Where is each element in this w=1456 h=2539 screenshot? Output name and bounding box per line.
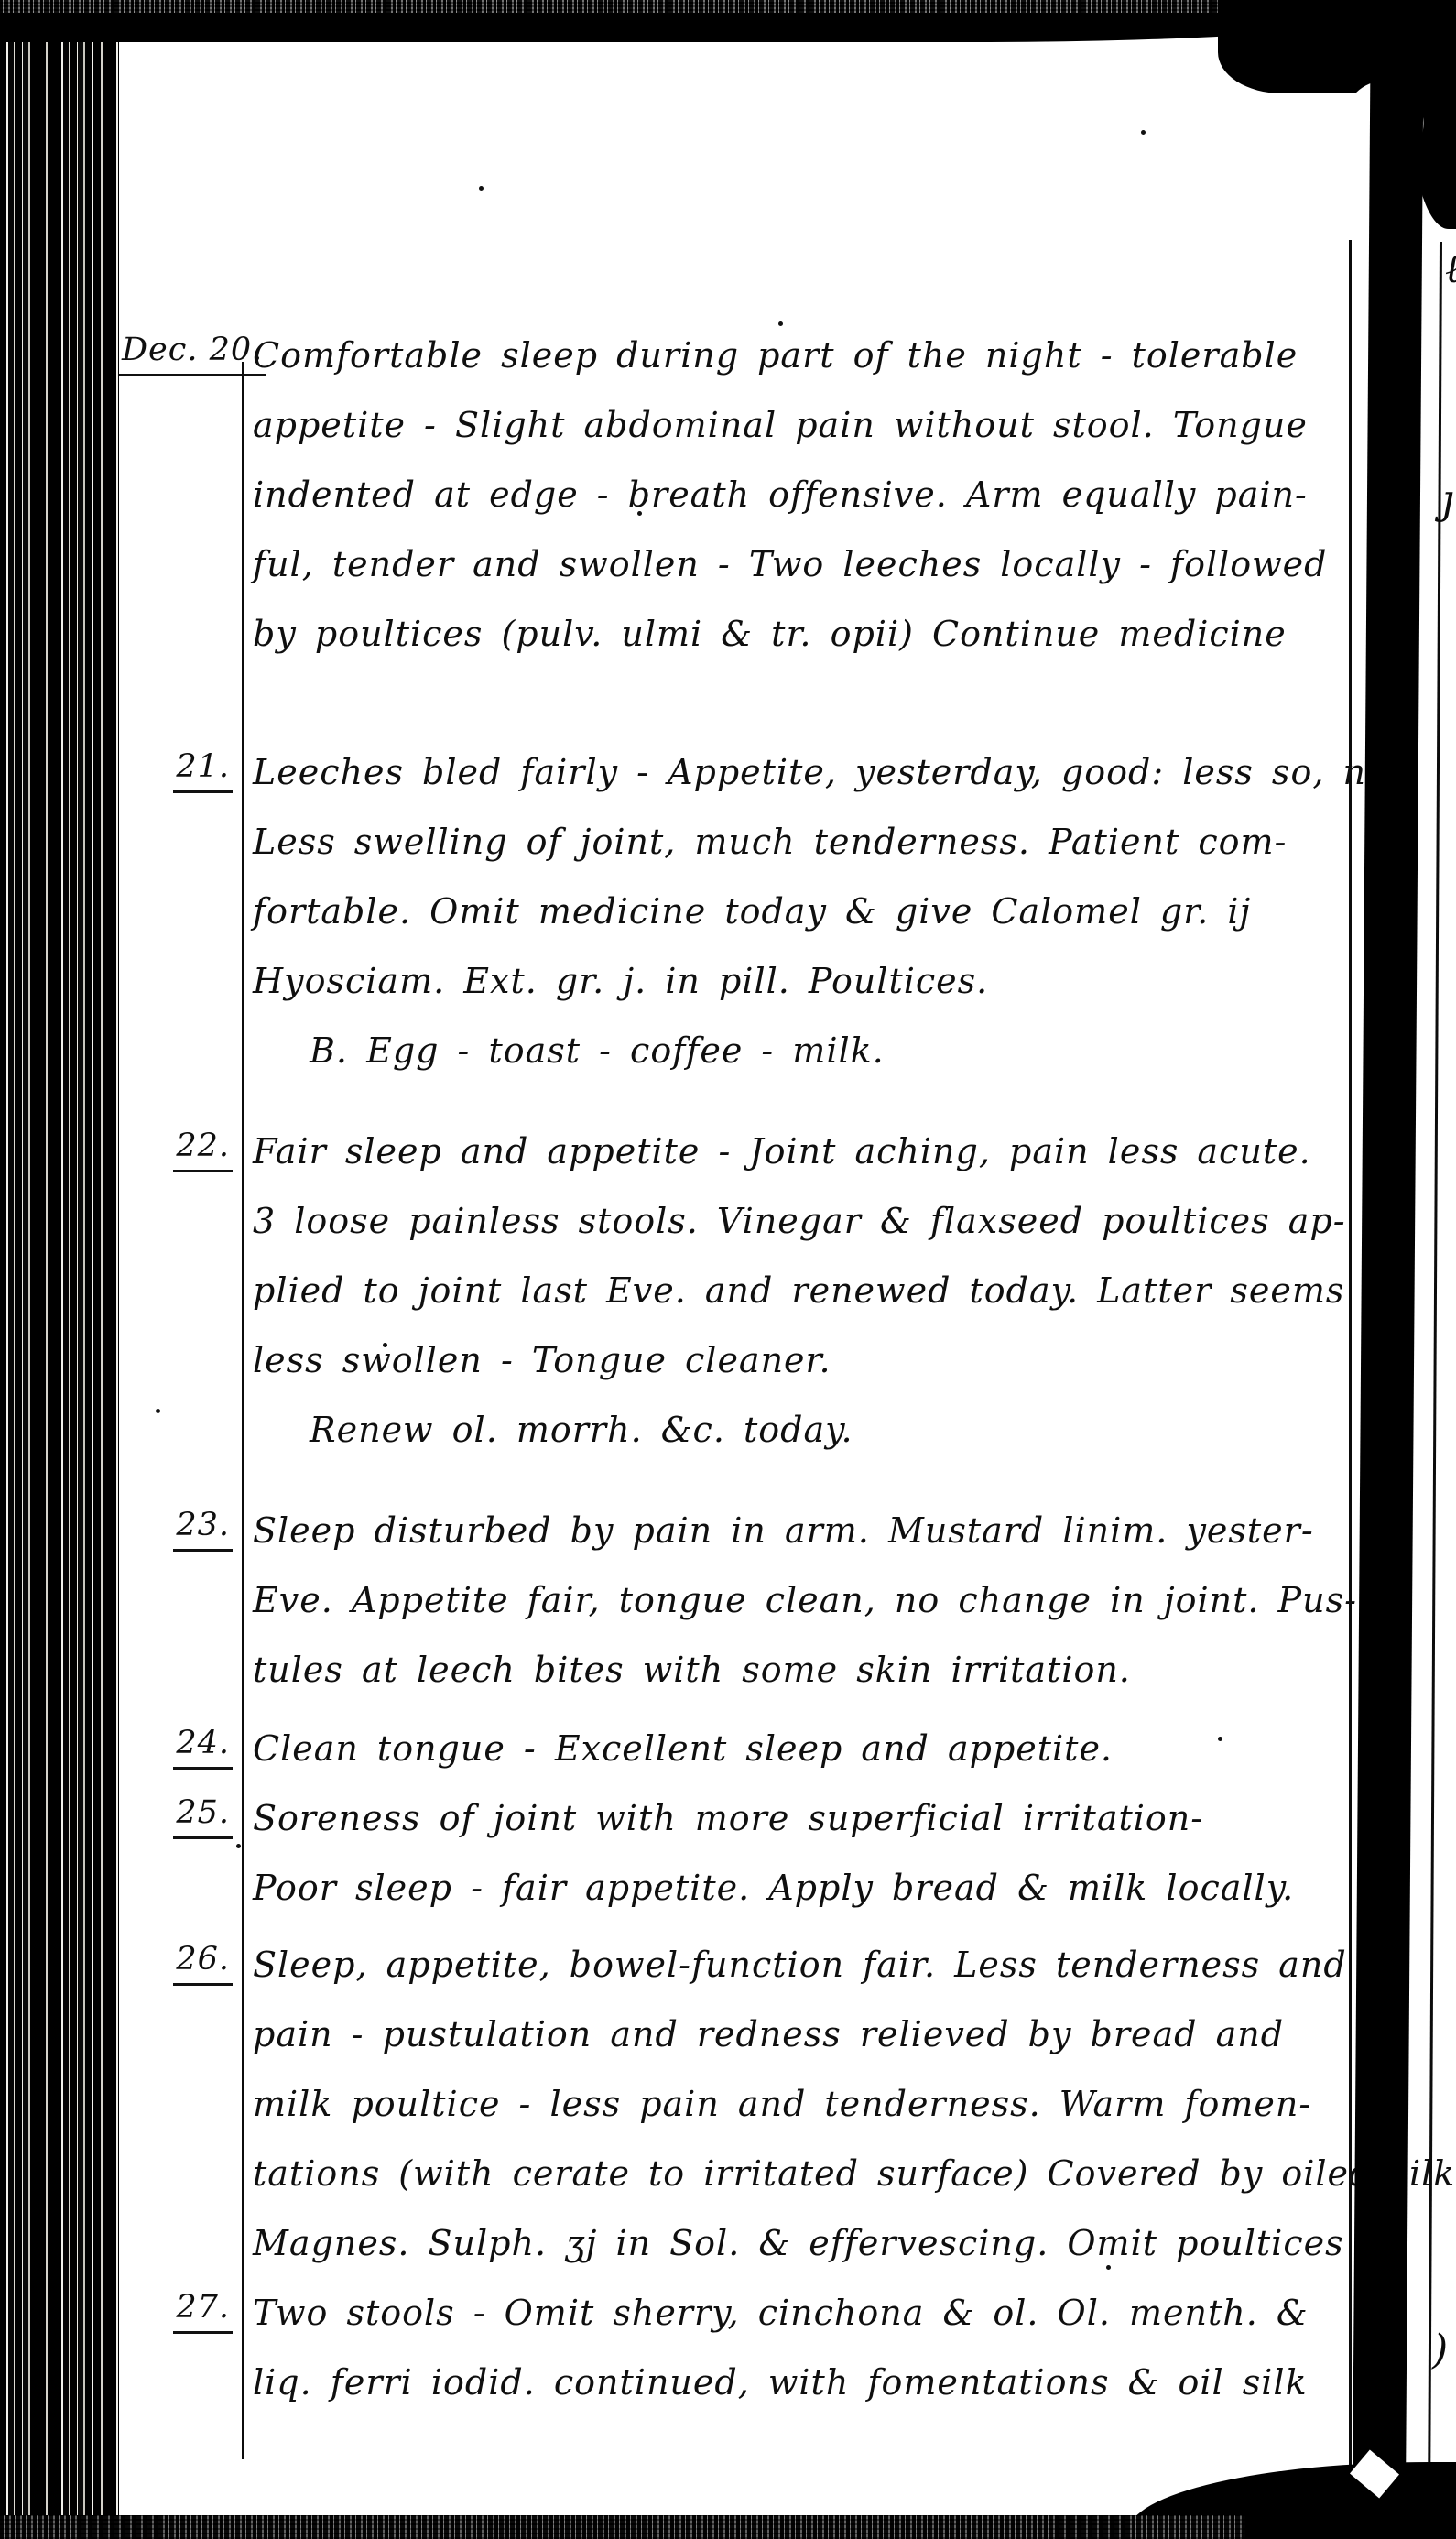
entry-date-column: Dec. 20.	[119, 321, 242, 376]
ink-speck	[637, 511, 642, 516]
entry-date-column: 25.	[119, 1783, 242, 1839]
entry-date-column: 21.	[119, 737, 242, 793]
scan-shadow-bottom	[1245, 2510, 1456, 2539]
entry-line: Renew ol. morrh. &c. today.	[310, 1395, 1364, 1465]
ink-speck	[479, 186, 484, 191]
entry-line: indented at edge - breath offensive. Arm…	[253, 460, 1364, 529]
ink-speck	[1106, 2265, 1111, 2270]
entry-line: by poultices (pulv. ulmi & tr. opii) Con…	[253, 599, 1364, 669]
entry-line: Less swelling of joint, much tenderness.…	[253, 807, 1364, 877]
journal-entry: 23. Sleep disturbed by pain in arm. Must…	[119, 1496, 1364, 1705]
entry-line: pain - pustulation and redness relieved …	[253, 2000, 1364, 2069]
entry-line: Two stools - Omit sherry, cinchona & ol.…	[253, 2278, 1364, 2348]
entry-date-column: 26.	[119, 1930, 242, 1986]
entry-line: Fair sleep and appetite - Joint aching, …	[253, 1117, 1364, 1186]
entry-line: Soreness of joint with more superficial …	[253, 1783, 1364, 1853]
entry-lines: Fair sleep and appetite - Joint aching, …	[242, 1117, 1364, 1465]
entry-date: 25.	[173, 1794, 233, 1839]
scanned-page: Dec. 20. Comfortable sleep during part o…	[0, 0, 1456, 2539]
entry-date: 26.	[173, 1941, 233, 1986]
ink-speck	[1218, 1737, 1222, 1741]
entry-date-column: 22.	[119, 1117, 242, 1172]
journal-entry: 26. Sleep, appetite, bowel-function fair…	[119, 1930, 1364, 2278]
next-page-fragment: )	[1432, 2327, 1448, 2373]
entry-line: Hyosciam. Ext. gr. j. in pill. Poultices…	[253, 946, 1364, 1016]
journal-entry: 22. Fair sleep and appetite - Joint achi…	[119, 1117, 1364, 1465]
entry-line: B. Egg - toast - coffee - milk.	[310, 1016, 1364, 1085]
entry-lines: Sleep disturbed by pain in arm. Mustard …	[242, 1496, 1364, 1705]
entry-line: tules at leech bites with some skin irri…	[253, 1635, 1364, 1705]
entry-line: plied to joint last Eve. and renewed tod…	[253, 1256, 1364, 1325]
entry-line: 3 loose painless stools. Vinegar & flaxs…	[253, 1186, 1364, 1256]
entry-line: fortable. Omit medicine today & give Cal…	[253, 877, 1364, 946]
entry-date-column: 27.	[119, 2278, 242, 2334]
entry-line: tations (with cerate to irritated surfac…	[253, 2139, 1364, 2208]
journal-entry: 21. Leeches bled fairly - Appetite, yest…	[119, 737, 1364, 1085]
book-binding-edge	[0, 0, 119, 2539]
ink-speck	[1141, 130, 1146, 135]
entry-line: appetite - Slight abdominal pain without…	[253, 390, 1364, 460]
entry-date: 24.	[173, 1725, 233, 1770]
ink-speck	[1029, 766, 1034, 770]
entry-line: Sleep, appetite, bowel-function fair. Le…	[253, 1930, 1364, 2000]
ink-speck	[778, 321, 783, 326]
next-page-fragment: ℓ	[1445, 245, 1456, 292]
entry-line: liq. ferri iodid. continued, with foment…	[253, 2348, 1364, 2417]
facing-page-margin-rule	[1428, 242, 1442, 2539]
entry-lines: Comfortable sleep during part of the nig…	[242, 321, 1364, 669]
entry-line: less swollen - Tongue cleaner.	[253, 1325, 1364, 1395]
entry-date: 23.	[173, 1507, 233, 1552]
entry-date-column: 24.	[119, 1714, 242, 1770]
ink-speck	[156, 1409, 160, 1413]
journal-entry: Dec. 20. Comfortable sleep during part o…	[119, 321, 1364, 669]
ink-speck	[236, 1844, 241, 1848]
entry-lines: Sleep, appetite, bowel-function fair. Le…	[242, 1930, 1364, 2278]
entry-lines: Leeches bled fairly - Appetite, yesterda…	[242, 737, 1364, 1085]
entry-line: Eve. Appetite fair, tongue clean, no cha…	[253, 1565, 1364, 1635]
entry-date-column: 23.	[119, 1496, 242, 1552]
journal-entries: Dec. 20. Comfortable sleep during part o…	[119, 321, 1364, 2417]
entry-line: Magnes. Sulph. ʒj in Sol. & effervescing…	[253, 2208, 1364, 2278]
scan-shadow-top	[0, 13, 1355, 42]
entry-lines: Clean tongue - Excellent sleep and appet…	[242, 1714, 1364, 1783]
entry-line: Clean tongue - Excellent sleep and appet…	[253, 1714, 1364, 1783]
entry-line: milk poultice - less pain and tenderness…	[253, 2069, 1364, 2139]
journal-entry: 24. Clean tongue - Excellent sleep and a…	[119, 1714, 1364, 1783]
entry-line: ful, tender and swollen - Two leeches lo…	[253, 529, 1364, 599]
journal-entry: 27. Two stools - Omit sherry, cinchona &…	[119, 2278, 1364, 2417]
entry-line: Leeches bled fairly - Appetite, yesterda…	[253, 737, 1364, 807]
entry-lines: Soreness of joint with more superficial …	[242, 1783, 1364, 1923]
entry-date: 22.	[173, 1128, 233, 1172]
entry-line: Comfortable sleep during part of the nig…	[253, 321, 1364, 390]
entry-date: 21.	[173, 748, 233, 793]
entry-lines: Two stools - Omit sherry, cinchona & ol.…	[242, 2278, 1364, 2417]
journal-entry: 25. Soreness of joint with more superfic…	[119, 1783, 1364, 1923]
entry-line: Poor sleep - fair appetite. Apply bread …	[253, 1853, 1364, 1923]
next-page-fragment: ȷ	[1441, 476, 1454, 523]
entry-line: Sleep disturbed by pain in arm. Mustard …	[253, 1496, 1364, 1565]
entry-date: 27.	[173, 2289, 233, 2334]
scan-noise-bottom	[0, 2515, 1253, 2539]
ink-speck	[383, 1343, 387, 1347]
